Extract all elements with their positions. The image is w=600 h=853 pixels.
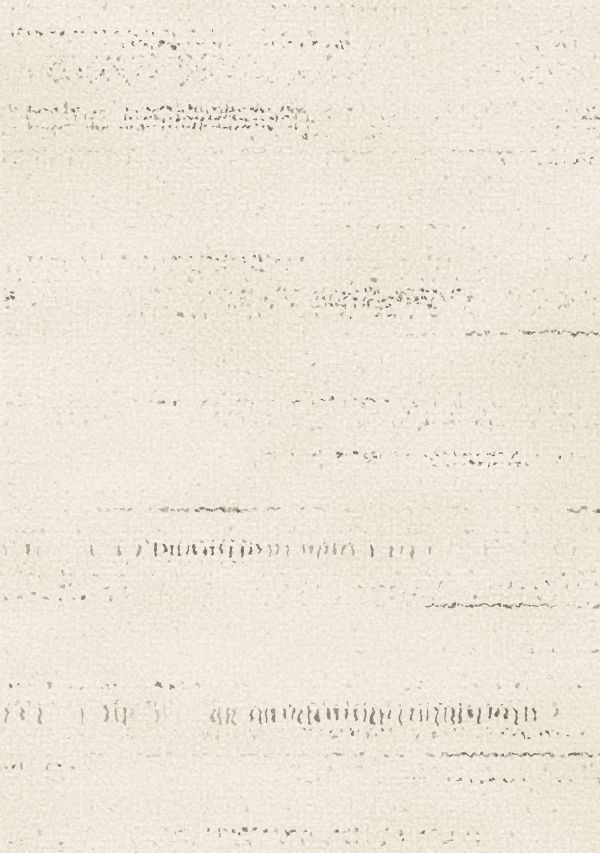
photo-grain [0,0,600,853]
rug-image [0,0,600,853]
rug-photo: Close-up photo of a cream ivory plush sh… [0,0,600,853]
